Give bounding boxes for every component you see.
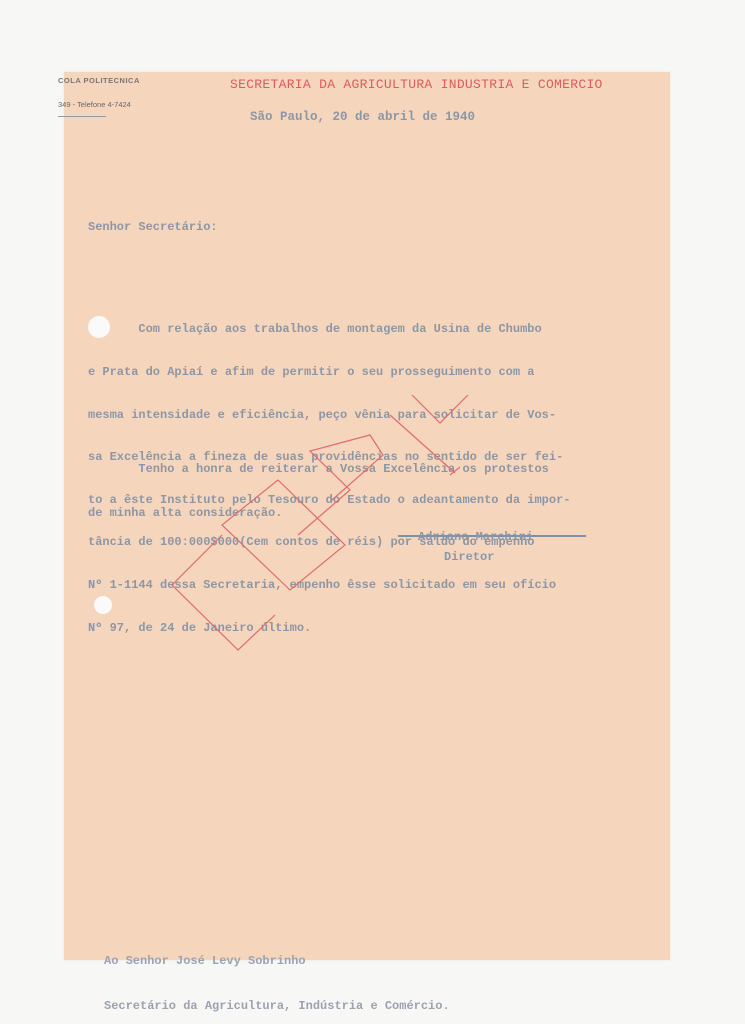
closing-line: Tenho a honra de reiterar a Vossa Excelê… xyxy=(88,462,549,477)
letterhead-phone: 349 - Telefone 4-7424 xyxy=(58,100,131,109)
punch-hole-icon xyxy=(88,316,110,338)
recipient-line: Secretário da Agricultura, Indústria e C… xyxy=(104,999,450,1014)
body-line: Nº 97, de 24 de Janeiro último. xyxy=(88,621,570,635)
letter-date: São Paulo, 20 de abril de 1940 xyxy=(250,110,475,124)
signature-title: Diretor xyxy=(444,550,494,564)
punch-hole-icon xyxy=(94,596,112,614)
body-line: Com relação aos trabalhos de montagem da… xyxy=(88,322,570,336)
letterhead-school: COLA POLITECNICA xyxy=(58,76,140,85)
body-line: Nº 1-1144 dessa Secretaria, empenho êsse… xyxy=(88,578,570,592)
closing-line: de minha alta consideração. xyxy=(88,506,549,521)
signature-name: Adriano Marchini xyxy=(418,530,533,544)
letterhead-organization: SECRETARIA DA AGRICULTURA INDUSTRIA E CO… xyxy=(230,77,603,92)
letter-recipient: Ao Senhor José Levy Sobrinho Secretário … xyxy=(104,924,450,1024)
letter-closing: Tenho a honra de reiterar a Vossa Excelê… xyxy=(88,433,549,535)
body-line: e Prata do Apiaí e afim de permitir o se… xyxy=(88,365,570,379)
body-line: mesma intensidade e eficiência, peço vên… xyxy=(88,408,570,422)
recipient-line: Ao Senhor José Levy Sobrinho xyxy=(104,954,450,969)
letter-salutation: Senhor Secretário: xyxy=(88,220,218,234)
letterhead-divider xyxy=(58,116,106,117)
